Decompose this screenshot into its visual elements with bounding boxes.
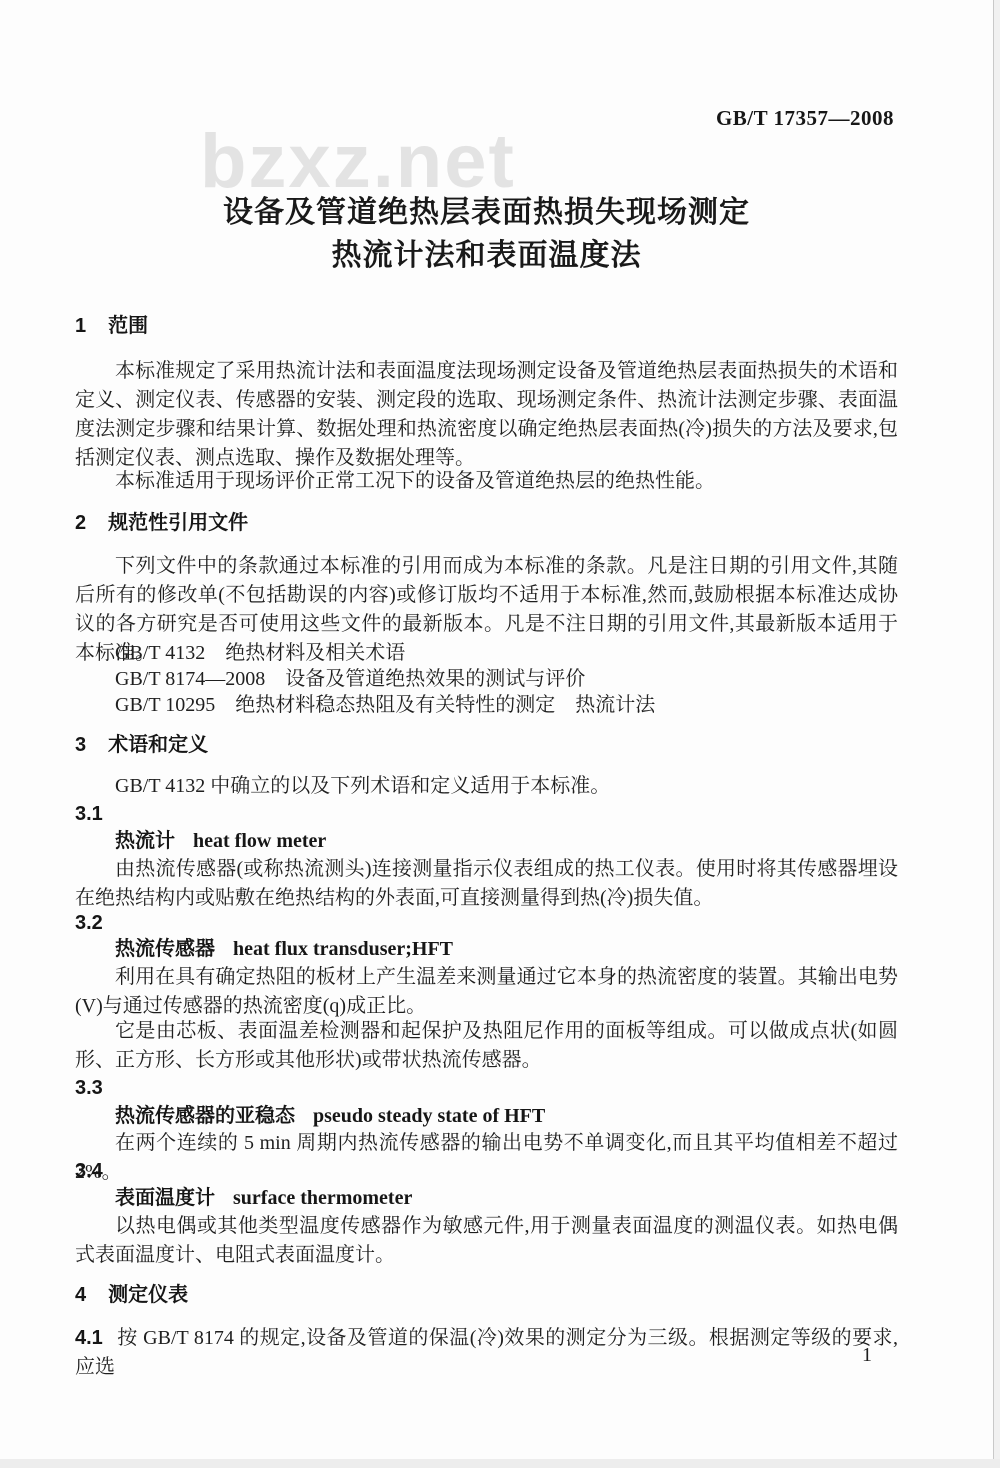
section-2-number: 2	[75, 509, 86, 538]
scan-edge-right	[993, 0, 1000, 1468]
section-3-heading: 3术语和定义	[75, 731, 898, 760]
section-2-heading: 2规范性引用文件	[75, 509, 898, 538]
section-4-heading: 4测定仪表	[75, 1281, 898, 1310]
section-1-title: 范围	[108, 315, 148, 337]
section-3-title: 术语和定义	[108, 734, 208, 756]
section-1-paragraph-1: 本标准规定了采用热流计法和表面温度法现场测定设备及管道绝热层表面热损失的术语和定…	[75, 357, 898, 473]
clause-4-1: 4.1按 GB/T 8174 的规定,设备及管道的保温(冷)效果的测定分为三级。…	[75, 1324, 898, 1382]
title-line-2: 热流计法和表面温度法	[75, 239, 898, 273]
definition-3-2-b: 它是由芯板、表面温差检测器和起保护及热阻尼作用的面板等组成。可以做成点状(如圆形…	[75, 1017, 898, 1075]
watermark: bzxz.net	[200, 124, 516, 200]
section-4-number: 4	[75, 1281, 86, 1310]
title-line-1: 设备及管道绝热层表面热损失现场测定	[75, 196, 898, 230]
term-3-3-zh: 热流传感器的亚稳态	[115, 1105, 295, 1127]
standard-code: GB/T 17357—2008	[716, 106, 894, 131]
term-3-1: 热流计heat flow meter	[75, 827, 898, 856]
clause-4-1-text: 按 GB/T 8174 的规定,设备及管道的保温(冷)效果的测定分为三级。根据测…	[75, 1327, 898, 1378]
section-3-intro: GB/T 4132 中确立的以及下列术语和定义适用于本标准。	[75, 772, 898, 801]
section-3-number: 3	[75, 731, 86, 760]
clause-3-4-number: 3.4	[75, 1157, 898, 1186]
term-3-2-zh: 热流传感器	[115, 938, 215, 960]
clause-3-3-number: 3.3	[75, 1074, 898, 1103]
definition-3-4: 以热电偶或其他类型温度传感器作为敏感元件,用于测量表面温度的测温仪表。如热电偶式…	[75, 1212, 898, 1270]
term-3-2: 热流传感器heat flux transduser;HFT	[75, 935, 898, 964]
reference-gbt-4132: GB/T 4132 绝热材料及相关术语	[75, 639, 898, 668]
clause-3-1-number: 3.1	[75, 800, 898, 829]
term-3-4-en: surface thermometer	[233, 1187, 412, 1209]
clause-4-1-number: 4.1	[75, 1327, 103, 1349]
term-3-3-en: pseudo steady state of HFT	[313, 1105, 545, 1127]
term-3-1-en: heat flow meter	[193, 830, 326, 852]
section-1-heading: 1范围	[75, 312, 898, 341]
definition-3-2-a: 利用在具有确定热阻的板材上产生温差来测量通过它本身的热流密度的装置。其输出电势(…	[75, 963, 898, 1021]
term-3-2-en: heat flux transduser;HFT	[233, 938, 453, 960]
term-3-1-zh: 热流计	[115, 830, 175, 852]
document-title: 设备及管道绝热层表面热损失现场测定 热流计法和表面温度法	[75, 196, 898, 273]
scan-edge-bottom	[0, 1459, 1000, 1468]
clause-3-2-number: 3.2	[75, 909, 898, 938]
section-1-number: 1	[75, 312, 86, 341]
reference-gbt-10295: GB/T 10295 绝热材料稳态热阻及有关特性的测定 热流计法	[75, 691, 898, 720]
term-3-3: 热流传感器的亚稳态pseudo steady state of HFT	[75, 1102, 898, 1131]
reference-gbt-8174: GB/T 8174—2008 设备及管道绝热效果的测试与评价	[75, 665, 898, 694]
definition-3-1: 由热流传感器(或称热流测头)连接测量指示仪表组成的热工仪表。使用时将其传感器埋设…	[75, 855, 898, 913]
document-page: bzxz.net GB/T 17357—2008 设备及管道绝热层表面热损失现场…	[0, 0, 1000, 1468]
term-3-4-zh: 表面温度计	[115, 1187, 215, 1209]
section-4-title: 测定仪表	[108, 1284, 188, 1306]
section-1-paragraph-2: 本标准适用于现场评价正常工况下的设备及管道绝热层的绝热性能。	[75, 467, 898, 496]
term-3-4: 表面温度计surface thermometer	[75, 1184, 898, 1213]
section-2-title: 规范性引用文件	[108, 512, 248, 534]
